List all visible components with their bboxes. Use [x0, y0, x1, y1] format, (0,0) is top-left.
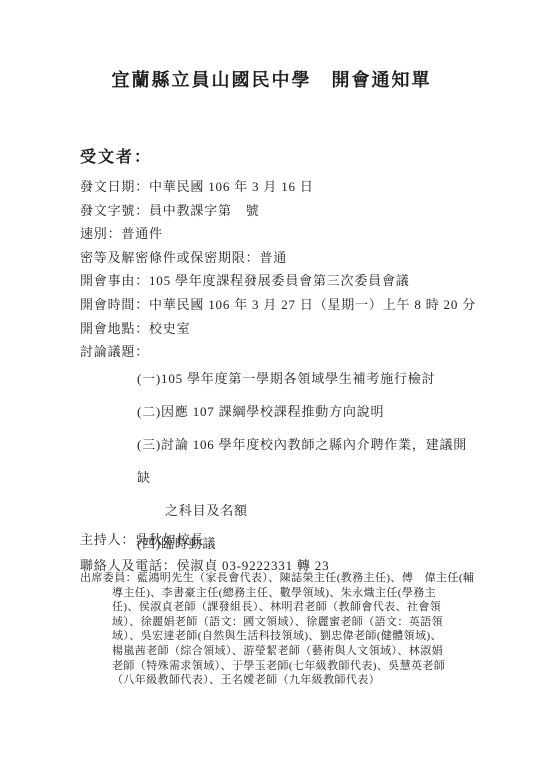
attendees-paragraph: 出席委員：藍鴻明先生（家長會代表）、陳誌榮主任(教務主任)、傅 偉主任(輔 導主… — [80, 571, 480, 688]
document-meta: 發文日期：中華民國 106 年 3 月 16 日 發文字號：員中教課字第 號 速… — [80, 175, 480, 364]
attendees-line-3: 任)、侯淑貞老師（課發組長）、林明君老師（教師會代表、社會領 — [112, 600, 480, 615]
meeting-time-line: 開會時間：中華民國 106 年 3 月 27 日（星期一）上午 8 時 20 分 — [80, 293, 480, 317]
attendees-label: 出席委員： — [80, 572, 137, 584]
agenda-item-2: (二)因應 107 課綱學校課程推動方向說明 — [137, 395, 477, 428]
agenda-item-3-continuation: 之科目及名額 — [165, 494, 477, 527]
attendees-first-line: 出席委員：藍鴻明先生（家長會代表）、陳誌榮主任(教務主任)、傅 偉主任(輔 — [80, 571, 480, 586]
attendees-line-5: 域）、吳宏達老師(自然與生活科技領域)、劉忠偉老師(健體領域)、 — [112, 629, 480, 644]
attendees-line-4: 域）、徐麗娟老師（語文：國文領域）、徐麗蜜老師（語文：英語領 — [112, 615, 480, 630]
agenda-item-1: (一)105 學年度第一學期各領域學生補考施行檢討 — [137, 362, 477, 395]
doc-number-line: 發文字號：員中教課字第 號 — [80, 199, 480, 223]
attendees-line-7: 老師（特殊需求領域）、于學玉老師(七年級教師代表)、吳慧英老師 — [112, 659, 480, 674]
issue-date-line: 發文日期：中華民國 106 年 3 月 16 日 — [80, 175, 480, 199]
speed-line: 速別：普通件 — [80, 222, 480, 246]
presider-line: 主持人：吳秋如校長 — [80, 529, 204, 548]
meeting-place-line: 開會地點：校史室 — [80, 317, 480, 341]
document-page: 宜蘭縣立員山國民中學 開會通知單 受文者： 發文日期：中華民國 106 年 3 … — [0, 0, 543, 768]
attendees-line-8: （八年級教師代表）、王名嬡老師（九年級教師代表） — [112, 673, 480, 688]
attendees-line-2: 導主任)、李書豪主任(總務主任、數學領域)、朱永熾主任(學務主 — [112, 586, 480, 601]
agenda-item-3: (三)討論 106 學年度校內教師之縣內介聘作業，建議開缺 — [137, 428, 477, 494]
document-title: 宜蘭縣立員山國民中學 開會通知單 — [0, 66, 543, 92]
meeting-subject-line: 開會事由：105 學年度課程發展委員會第三次委員會議 — [80, 269, 480, 293]
recipient-line: 受文者： — [80, 144, 152, 167]
attendees-line-1: 藍鴻明先生（家長會代表）、陳誌榮主任(教務主任)、傅 偉主任(輔 — [137, 572, 474, 584]
attendees-line-6: 楊嵐茜老師（綜合領域）、游瑩絜老師（藝術與人文領域）、林淑娟 — [112, 644, 480, 659]
classification-line: 密等及解密條件或保密期限：普通 — [80, 246, 480, 270]
discussion-topics-label: 討論議題： — [80, 340, 480, 364]
